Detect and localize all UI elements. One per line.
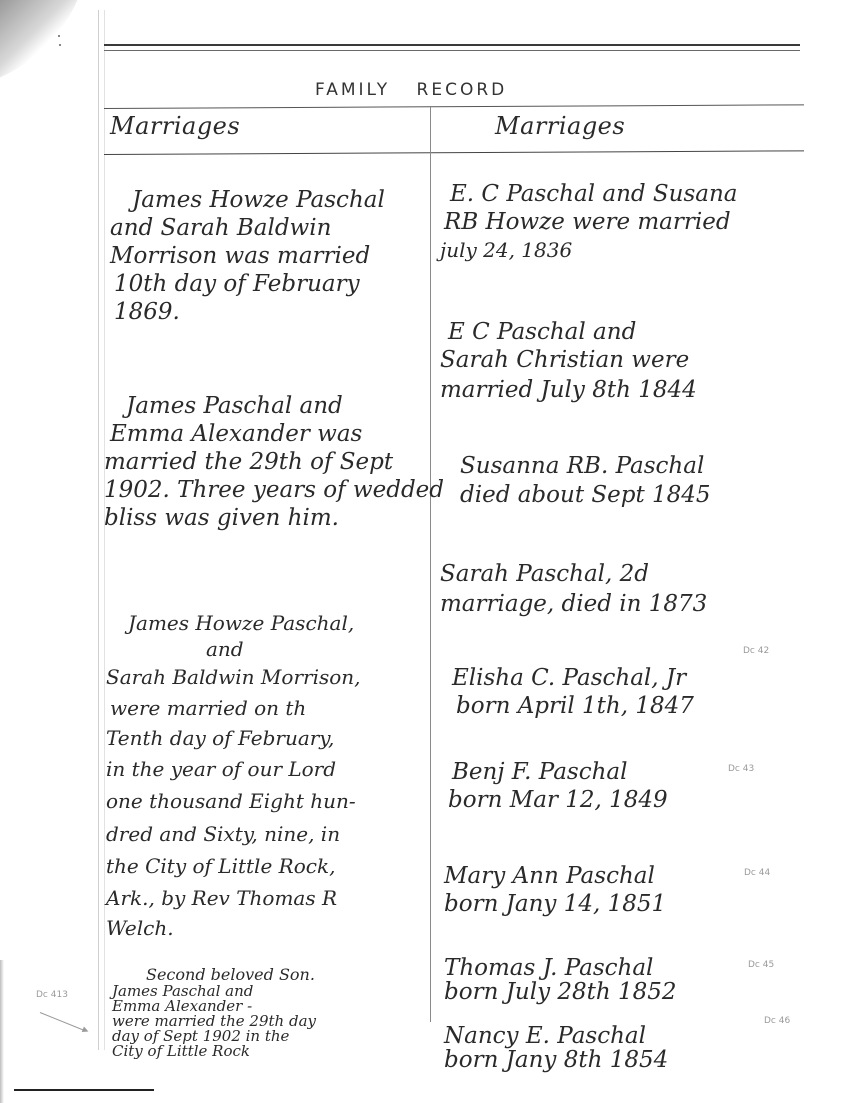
right-entry-1: E. C Paschal and Susana RB Howze were ma… — [440, 180, 738, 264]
entry-line: Sarah Baldwin Morrison, — [106, 660, 361, 694]
left-entry-2: James Paschal and Emma Alexander was mar… — [104, 392, 444, 532]
reference-annotation: Dc 43 — [728, 764, 754, 774]
entry-line: James Howze Paschal, — [106, 608, 361, 638]
entry-line: married July 8th 1844 — [440, 374, 697, 406]
entry-line: Tenth day of February, — [106, 722, 361, 754]
entry-line: E. C Paschal and Susana — [440, 180, 738, 208]
right-entry-4: Sarah Paschal, 2d marriage, died in 1873 — [440, 560, 707, 620]
entry-line: Thomas J. Paschal — [444, 956, 677, 980]
right-entry-6: Benj F. Paschal born Mar 12, 1849 — [448, 758, 668, 814]
entry-line: Emma Alexander was — [104, 420, 444, 448]
left-entry-4: Second beloved Son. James Paschal and Em… — [112, 966, 316, 1059]
entry-line: Sarah Paschal, 2d — [440, 560, 707, 588]
entry-line: James Paschal and — [104, 392, 444, 420]
entry-line: Susanna RB. Paschal — [460, 452, 711, 480]
reference-annotation: Dc 45 — [748, 960, 774, 970]
header-rule — [104, 104, 804, 109]
entry-line: and — [106, 638, 361, 660]
margin-annotation: Dc 413 — [36, 990, 68, 1000]
entry-line: the City of Little Rock, — [106, 850, 361, 882]
entry-line: july 24, 1836 — [440, 236, 738, 264]
entry-line: Welch. — [106, 914, 361, 942]
right-entry-3: Susanna RB. Paschal died about Sept 1845 — [460, 452, 711, 510]
entry-line: bliss was given him. — [104, 504, 444, 532]
entry-line: one thousand Eight hun- — [106, 784, 361, 818]
entry-line: dred and Sixty, nine, in — [106, 818, 361, 850]
entry-line: Ark., by Rev Thomas R — [106, 882, 361, 914]
entry-line: born July 28th 1852 — [444, 980, 677, 1004]
left-entry-1: James Howze Paschal and Sarah Baldwin Mo… — [110, 186, 385, 326]
entry-line: Nancy E. Paschal — [444, 1024, 668, 1048]
entry-line: 1869. — [110, 298, 385, 326]
reference-annotation: Dc 46 — [764, 1016, 790, 1026]
page-edge-shadow — [0, 960, 4, 1103]
right-entry-5: Elisha C. Paschal, Jr born April 1th, 18… — [452, 664, 694, 720]
page-corner-shadow — [0, 0, 90, 90]
entry-line: Mary Ann Paschal — [444, 862, 666, 890]
entry-line: James Howze Paschal — [110, 186, 385, 214]
right-column-header: Marriages — [495, 112, 625, 140]
entry-line: were married on th — [106, 694, 361, 722]
entry-line: born Jany 14, 1851 — [444, 890, 666, 918]
entry-line: born Mar 12, 1849 — [448, 786, 668, 814]
right-entry-8: Thomas J. Paschal born July 28th 1852 — [444, 956, 677, 1004]
top-rule — [104, 50, 800, 51]
entry-line: died about Sept 1845 — [460, 480, 711, 510]
entry-line: RB Howze were married — [440, 208, 738, 236]
entry-line: 10th day of February — [110, 270, 385, 298]
entry-line: City of Little Rock — [112, 1044, 316, 1059]
speck — [58, 35, 60, 37]
arrow-icon — [40, 1012, 87, 1032]
entry-line: Morrison was married — [110, 242, 385, 270]
entry-line: Benj F. Paschal — [448, 758, 668, 786]
right-entry-2: E C Paschal and Sarah Christian were mar… — [440, 318, 697, 406]
entry-line: born Jany 8th 1854 — [444, 1048, 668, 1072]
entry-line: and Sarah Baldwin — [110, 214, 385, 242]
top-rule — [104, 44, 800, 46]
entry-line: 1902. Three years of wedded — [104, 476, 444, 504]
entry-line: in the year of our Lord — [106, 754, 361, 784]
entry-line: married the 29th of Sept — [104, 448, 444, 476]
bottom-rule — [14, 1089, 154, 1091]
entry-line: E C Paschal and — [440, 318, 697, 346]
column-divider — [430, 107, 431, 1022]
entry-line: Elisha C. Paschal, Jr — [452, 664, 694, 692]
left-entry-3: James Howze Paschal, and Sarah Baldwin M… — [106, 608, 361, 942]
page-title: FAMILY RECORD — [315, 80, 507, 100]
margin-line — [98, 10, 99, 1050]
right-entry-9: Nancy E. Paschal born Jany 8th 1854 — [444, 1024, 668, 1072]
entry-line: Sarah Christian were — [440, 346, 697, 374]
reference-annotation: Dc 42 — [743, 646, 769, 656]
header-rule — [104, 150, 804, 155]
speck — [59, 44, 61, 46]
entry-line: born April 1th, 1847 — [452, 692, 694, 720]
left-column-header: Marriages — [110, 112, 240, 140]
reference-annotation: Dc 44 — [744, 868, 770, 878]
entry-line: marriage, died in 1873 — [440, 588, 707, 620]
right-entry-7: Mary Ann Paschal born Jany 14, 1851 — [444, 862, 666, 918]
